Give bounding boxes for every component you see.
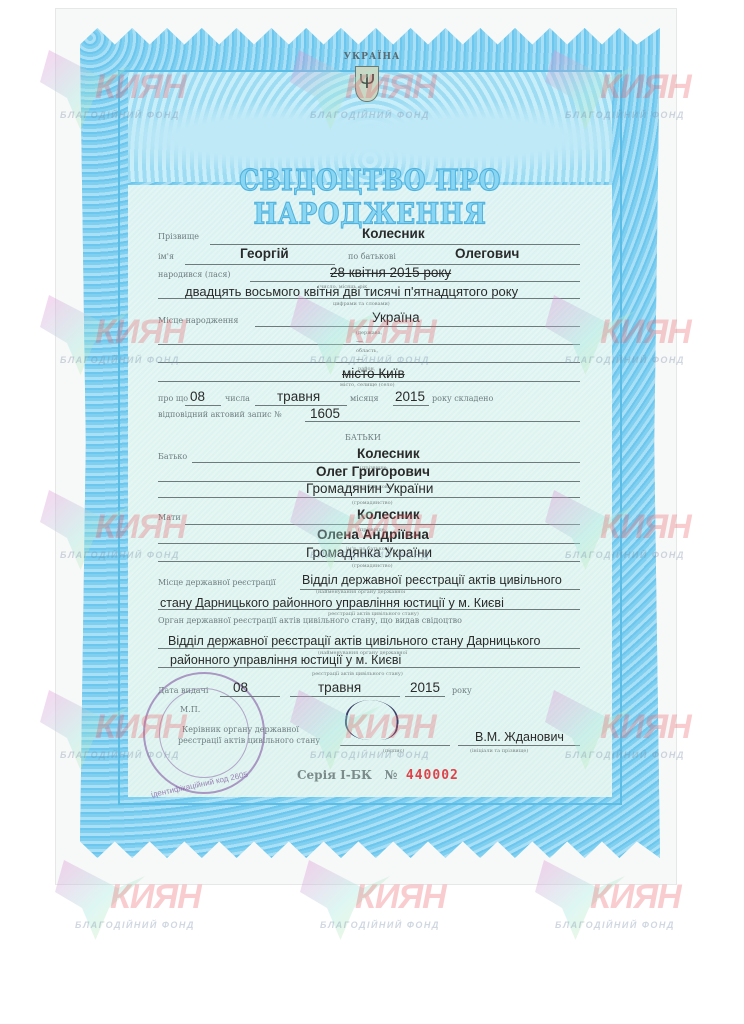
- born-label: народився (лася): [158, 270, 231, 279]
- registration-place-caption1: (найменування органу державної: [316, 589, 405, 595]
- father-name: Олег Григорович: [316, 464, 430, 479]
- birthplace-district-line: [158, 362, 580, 363]
- issue-date-label: Дата видачі: [158, 686, 208, 695]
- issuer-label: Орган державної реєстрації актів цивільн…: [158, 616, 462, 625]
- issuer-line1: [158, 648, 580, 649]
- father-citizenship-line: [158, 497, 580, 498]
- father-label: Батько: [158, 452, 187, 461]
- head-label-line2: реєстрації актів цивільного стану: [178, 736, 320, 745]
- birthplace-country: Україна: [372, 310, 420, 325]
- official-caption: (ініціали та прізвище): [470, 748, 528, 754]
- mother-citizenship: Громадянка України: [306, 545, 432, 560]
- issuer-line2: [158, 667, 580, 668]
- country-label: УКРАЇНА: [340, 52, 404, 62]
- record-year-line: [393, 405, 429, 406]
- seal-label: М.П.: [180, 705, 200, 714]
- serial-number-sign: №: [384, 768, 397, 782]
- child-surname: Колесник: [362, 226, 425, 241]
- parents-heading: БАТЬКИ: [345, 433, 381, 442]
- record-month-label: місяця: [350, 394, 379, 403]
- act-record-line: [305, 421, 580, 422]
- official-name-line: [458, 745, 580, 746]
- surname-line: [210, 244, 580, 245]
- signature-caption: (підпис): [383, 748, 404, 754]
- registration-place-label: Місце державної реєстрації: [158, 578, 276, 587]
- document-title: СВІДОЦТВО ПРО НАРОДЖЕННЯ: [150, 164, 590, 231]
- birth-date-digits: 28 квітня 2015 року: [330, 265, 451, 280]
- birth-date-words: двадцять восьмого квітня дві тисячі п'ят…: [185, 284, 518, 299]
- registration-place-line1-text: Відділ державної реєстрації актів цивіль…: [302, 573, 562, 587]
- mother-name-line: [158, 543, 580, 544]
- father-citizenship-caption: (громадянство): [352, 500, 393, 506]
- birthplace-city: місто Київ: [342, 366, 405, 381]
- issue-day-line: [220, 696, 280, 697]
- serial-number: 440002: [406, 768, 459, 783]
- child-patronymic: Олегович: [455, 246, 519, 261]
- registration-place-line2-text: стану Дарницького районного управління ю…: [160, 596, 504, 610]
- issuer-line1-text: Відділ державної реєстрації актів цивіль…: [168, 634, 541, 648]
- mother-citizenship-line: [158, 561, 580, 562]
- mother-surname-line: [185, 524, 580, 525]
- birthplace-region-line: [158, 344, 580, 345]
- child-name: Георгій: [240, 246, 289, 261]
- father-surname: Колесник: [357, 446, 420, 461]
- mother-name: Олена Андріївна: [317, 527, 429, 542]
- birthplace-country-line: [255, 326, 580, 327]
- birthplace-region-caption: область,: [356, 348, 378, 354]
- surname-label: Прізвище: [158, 232, 199, 241]
- issue-year-label: року: [452, 686, 472, 695]
- record-month: травня: [277, 389, 320, 404]
- name-label: ім'я: [158, 252, 174, 261]
- record-day-label: числа: [225, 394, 250, 403]
- birth-date-words-caption: цифрами та словами): [333, 301, 390, 307]
- record-year-label: року складено: [432, 394, 493, 403]
- issuer-caption2: реєстрації актів цивільного стану): [312, 671, 403, 677]
- record-prefix: про що: [158, 394, 188, 403]
- issue-month: травня: [318, 680, 361, 695]
- father-citizenship: Громадянин України: [306, 481, 433, 496]
- mother-label: Мати: [158, 513, 181, 522]
- serial-block: Серія І-БК № 440002: [297, 766, 459, 784]
- father-surname-line: [192, 462, 580, 463]
- birthplace-city-caption: місто, селище (село): [340, 382, 395, 388]
- name-line: [185, 264, 335, 265]
- issue-day: 08: [233, 680, 248, 695]
- act-record-number: 1605: [310, 406, 340, 421]
- record-day: 08: [190, 389, 205, 404]
- serial-label: Серія І-БК: [297, 768, 372, 782]
- issue-year-line: [405, 696, 445, 697]
- birth-date-line: [250, 281, 580, 282]
- birthplace-country-caption: (держава,: [356, 330, 382, 336]
- issue-year: 2015: [410, 680, 440, 695]
- head-label-line1: Керівник органу державної: [182, 725, 299, 734]
- patronymic-label: по батькові: [348, 252, 396, 261]
- official-name: В.М. Жданович: [475, 730, 564, 744]
- record-day-line: [185, 405, 221, 406]
- birthplace-label: Місце народження: [158, 316, 238, 325]
- issue-month-line: [290, 696, 400, 697]
- mother-surname: Колесник: [357, 507, 420, 522]
- mother-citizenship-caption: (громадянство): [352, 563, 393, 569]
- record-year: 2015: [395, 389, 425, 404]
- signature-line: [340, 745, 450, 746]
- issuer-line2-text: районного управління юстиції у м. Києві: [170, 653, 401, 667]
- trident-coat-of-arms-icon: Ψ: [355, 66, 379, 102]
- act-record-label: відповідний актовий запис №: [158, 410, 282, 419]
